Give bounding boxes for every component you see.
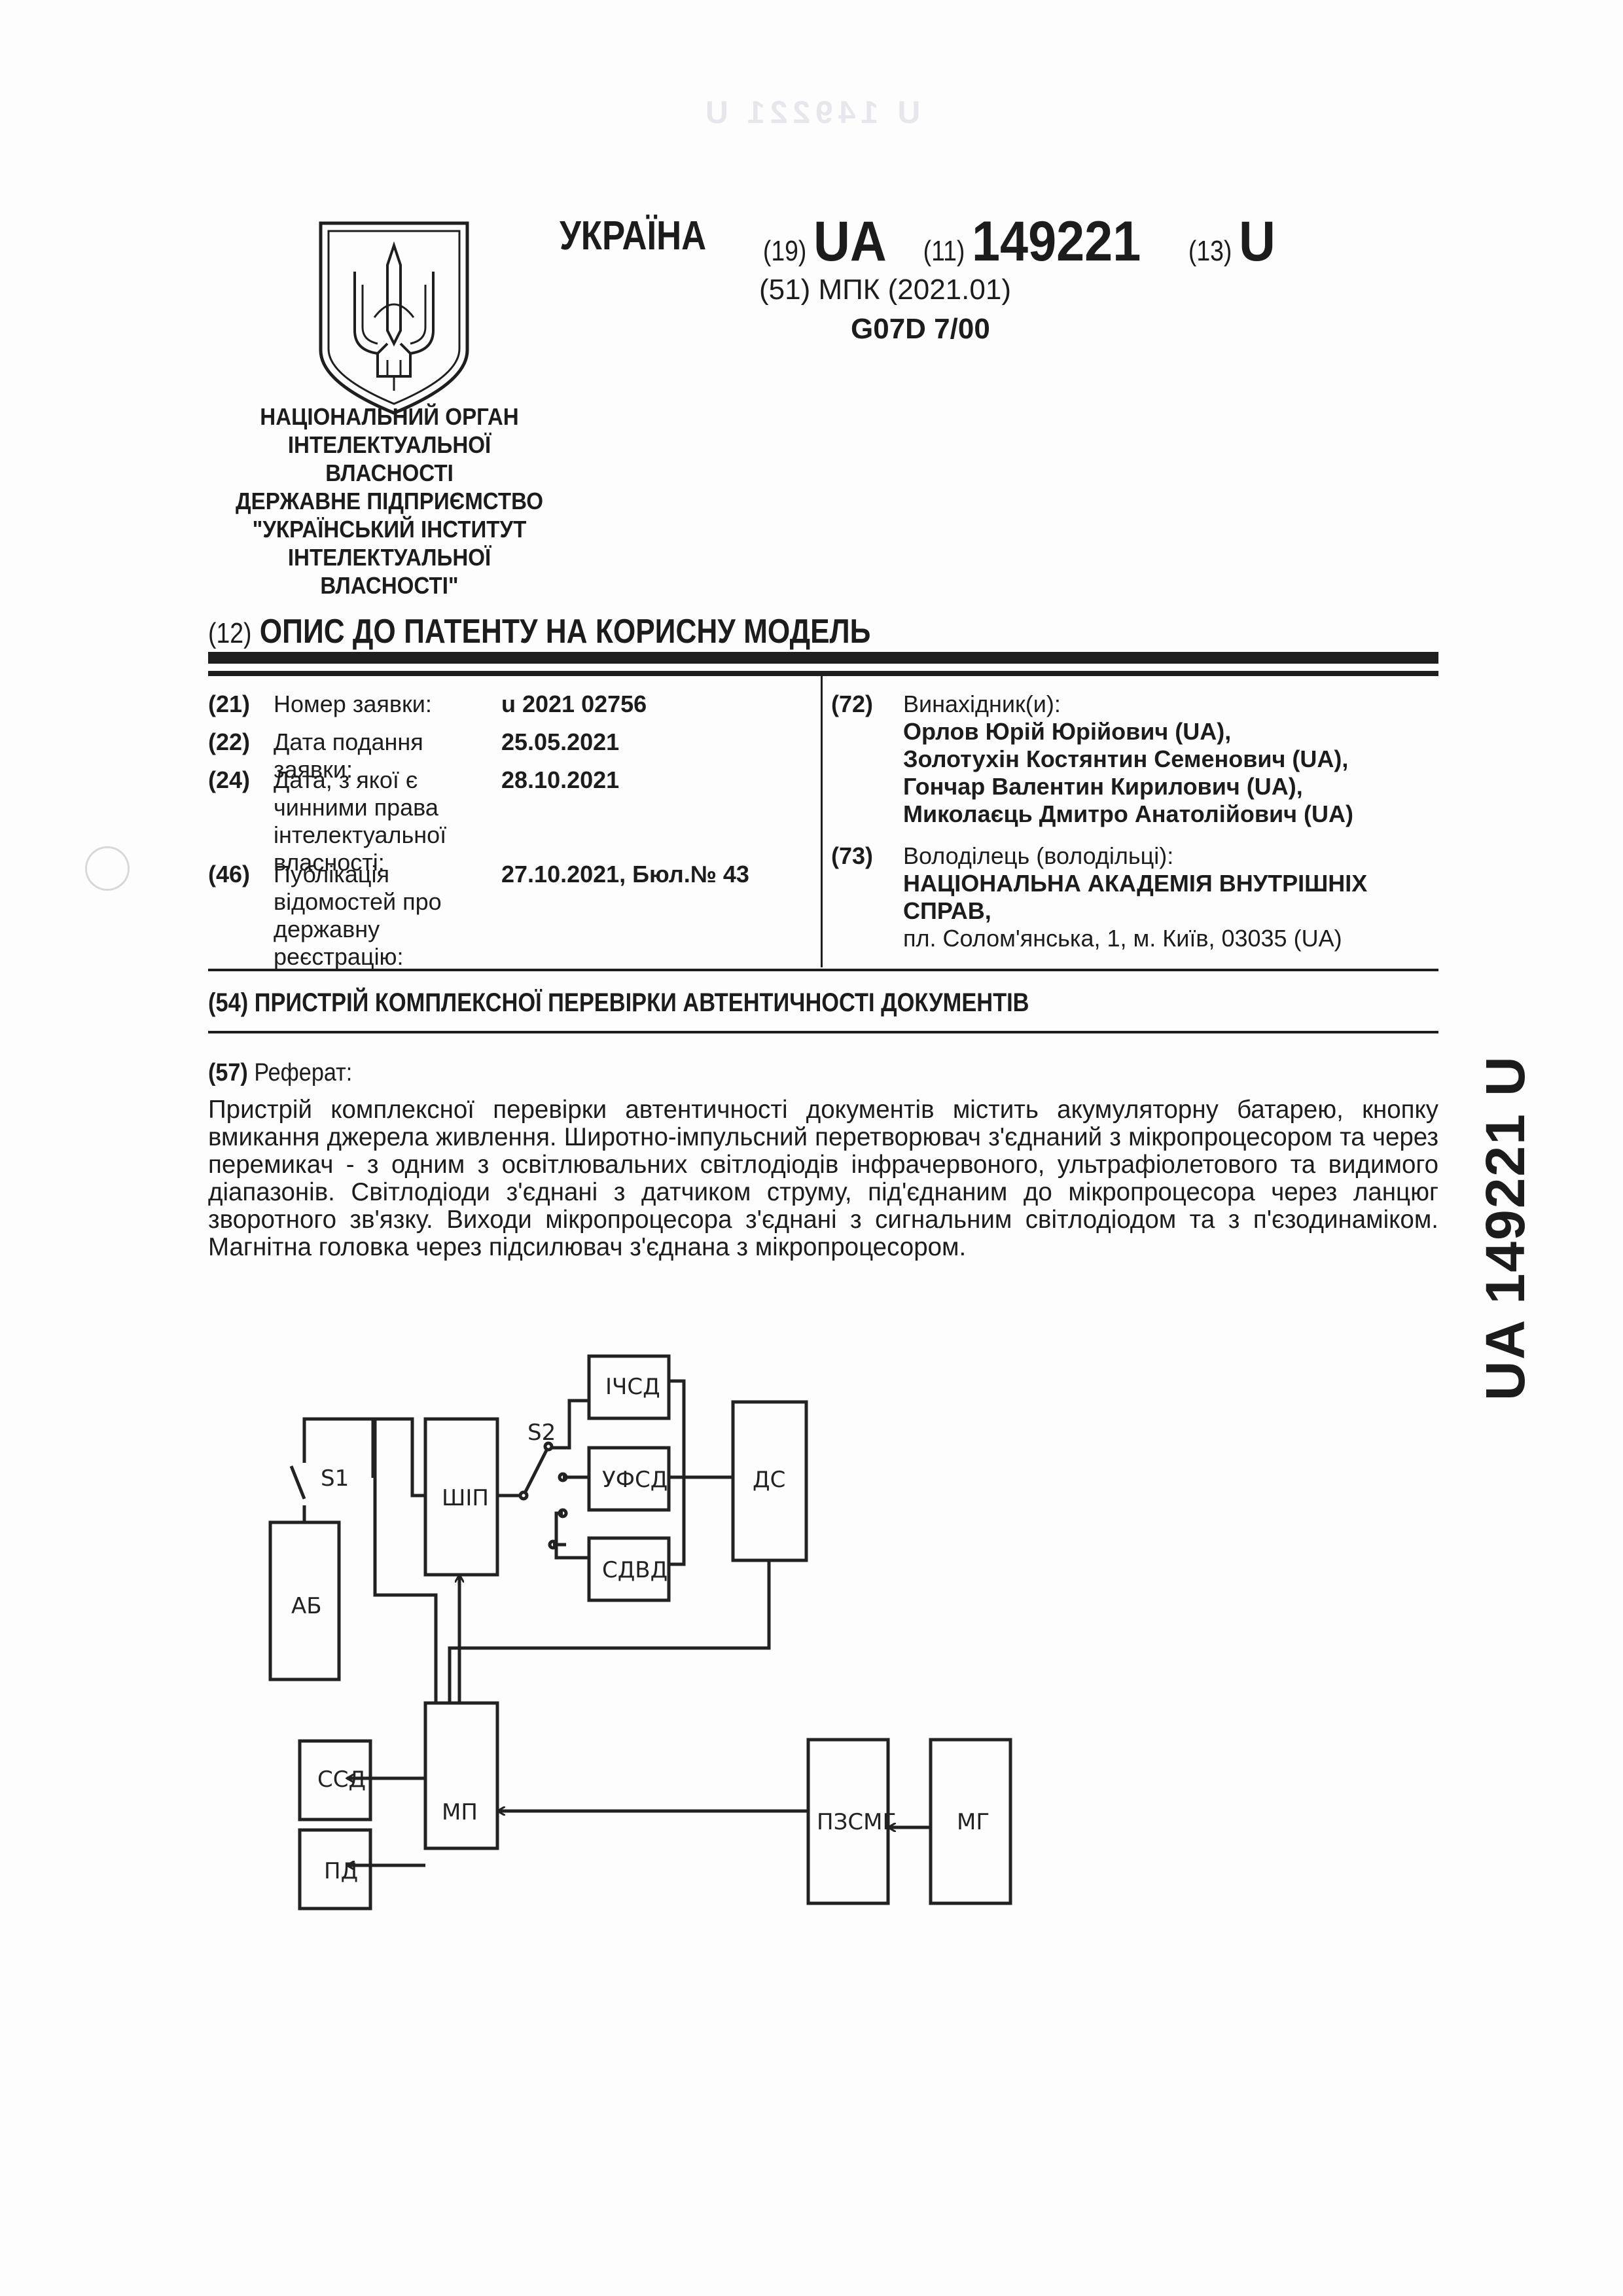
label-sdvd: СДВД <box>602 1557 668 1583</box>
label-ufsd: УФСД <box>602 1467 668 1493</box>
block-ichsd <box>589 1356 669 1418</box>
patent-number: 149221 <box>972 209 1141 274</box>
label-pd: ПД <box>324 1858 358 1884</box>
inid-code: (46) <box>208 861 250 888</box>
inid-code: (73) <box>831 842 873 870</box>
block-pd <box>300 1830 370 1909</box>
number-tag: (11) <box>923 235 965 268</box>
inventor-name: Гончар Валентин Кирилович (UA), <box>903 773 1440 800</box>
block-ufsd <box>589 1448 669 1510</box>
field-value: 25.05.2021 <box>501 728 619 756</box>
label-ssd: ССД <box>317 1767 366 1793</box>
side-patent-number-text: UA 149221 U <box>1474 1034 1537 1401</box>
title-text: ПРИСТРІЙ КОМПЛЕКСНОЇ ПЕРЕВІРКИ АВТЕНТИЧН… <box>255 988 1029 1017</box>
block-ds <box>733 1402 806 1560</box>
document-type-tag: (12) <box>208 617 252 649</box>
parties: (72) Винахідник(и): Орлов Юрій Юрійович … <box>831 691 1440 965</box>
label-mp: МП <box>442 1799 478 1825</box>
publication-number: (19) UA (11) 149221 (13) U <box>759 209 1302 274</box>
divider <box>208 1031 1438 1033</box>
bleed-through-number: U 149221 U <box>700 95 920 131</box>
abstract-tag: (57) <box>208 1059 248 1086</box>
label-ab: АБ <box>291 1593 322 1619</box>
country-name: УКРАЇНА <box>560 213 706 259</box>
ipc-label: МПК (2021.01) <box>818 274 1011 306</box>
bibliographic-data: (21) Номер заявки: u 2021 02756 (22) Дат… <box>208 691 810 965</box>
field-value: u 2021 02756 <box>501 691 647 718</box>
column-divider <box>821 676 823 967</box>
ipc-class: G07D 7/00 <box>851 313 990 346</box>
divider <box>208 671 1438 676</box>
inventor-name: Миколаєць Дмитро Анатолійович (UA) <box>903 800 1440 828</box>
label-shp: ШІП <box>442 1485 489 1511</box>
kind-tag: (13) <box>1188 235 1232 268</box>
office-line: ДЕРЖАВНЕ ПІДПРИЄМСТВО <box>230 487 549 515</box>
inventors: Винахідник(и): Орлов Юрій Юрійович (UA),… <box>903 691 1440 828</box>
kind-code: U <box>1239 209 1275 274</box>
block-sdvd <box>589 1538 669 1600</box>
field-label: Номер заявки: <box>274 691 496 718</box>
document-type-text: ОПИС ДО ПАТЕНТУ НА КОРИСНУ МОДЕЛЬ <box>260 613 871 651</box>
inid-code: (21) <box>208 691 250 718</box>
owner-name: НАЦІОНАЛЬНА АКАДЕМІЯ ВНУТРІШНІХ СПРАВ, <box>903 870 1440 925</box>
block-pzsmg <box>808 1740 888 1903</box>
punch-hole-mark <box>85 846 130 891</box>
field-label: Дата, з якої є чинними права інтелектуал… <box>274 766 496 876</box>
office-line: "УКРАЇНСЬКИЙ ІНСТИТУТ <box>230 515 549 543</box>
field-value: 28.10.2021 <box>501 766 619 794</box>
divider <box>208 969 1438 971</box>
block-shp <box>425 1419 497 1575</box>
office-line: НАЦІОНАЛЬНИЙ ОРГАН <box>230 403 549 431</box>
country-code: UA <box>813 209 887 274</box>
abstract-label: Реферат: <box>254 1059 352 1086</box>
inventor-name: Золотухін Костянтин Семенович (UA), <box>903 745 1440 773</box>
owner-address: пл. Солом'янська, 1, м. Київ, 03035 (UA) <box>903 925 1440 952</box>
title-tag: (54) <box>208 988 248 1017</box>
divider <box>208 652 1438 664</box>
abstract-text: Пристрій комплексної перевірки автентичн… <box>208 1096 1438 1261</box>
office-line: ІНТЕЛЕКТУАЛЬНОЇ <box>230 543 549 571</box>
owner: Володілець (володільці): НАЦІОНАЛЬНА АКА… <box>903 842 1440 952</box>
label-pzsmg: ПЗСМГ <box>817 1809 896 1835</box>
inventor-name: Орлов Юрій Юрійович (UA), <box>903 718 1440 745</box>
country-code-tag: (19) <box>763 235 807 268</box>
office-line: ВЛАСНОСТІ" <box>230 571 549 600</box>
utility-model-title: (54) ПРИСТРІЙ КОМПЛЕКСНОЇ ПЕРЕВІРКИ АВТЕ… <box>208 988 1029 1018</box>
label-mg: МГ <box>957 1809 990 1835</box>
side-patent-number: UA 149221 U <box>1474 1034 1546 1401</box>
inid-code: (22) <box>208 728 250 756</box>
inid-code: (72) <box>831 691 873 718</box>
inid-code: (24) <box>208 766 250 794</box>
office-line: ВЛАСНОСТІ <box>230 459 549 487</box>
patent-office: НАЦІОНАЛЬНИЙ ОРГАН ІНТЕЛЕКТУАЛЬНОЇ ВЛАСН… <box>230 403 549 600</box>
ipc-tag: (51) <box>759 274 810 306</box>
owner-label: Володілець (володільці): <box>903 842 1440 870</box>
label-s2: S2 <box>527 1420 556 1446</box>
ipc-edition: (51) МПК (2021.01) <box>759 274 1011 306</box>
document-type: (12) ОПИС ДО ПАТЕНТУ НА КОРИСНУ МОДЕЛЬ <box>208 612 870 651</box>
block-mg <box>931 1740 1010 1903</box>
abstract-heading: (57) Реферат: <box>208 1059 352 1087</box>
label-ds: ДС <box>753 1467 785 1493</box>
office-line: ІНТЕЛЕКТУАЛЬНОЇ <box>230 431 549 459</box>
block-mp <box>425 1703 497 1848</box>
label-s1: S1 <box>321 1465 349 1492</box>
label-ichsd: ІЧСД <box>605 1374 660 1400</box>
trident-coat-of-arms-icon <box>315 219 473 416</box>
block-ssd <box>300 1741 370 1820</box>
field-value: 27.10.2021, Бюл.№ 43 <box>501 861 749 888</box>
field-label: Публікація відомостей про державну реєст… <box>274 861 496 971</box>
inventors-label: Винахідник(и): <box>903 691 1440 718</box>
block-ab <box>270 1522 339 1679</box>
